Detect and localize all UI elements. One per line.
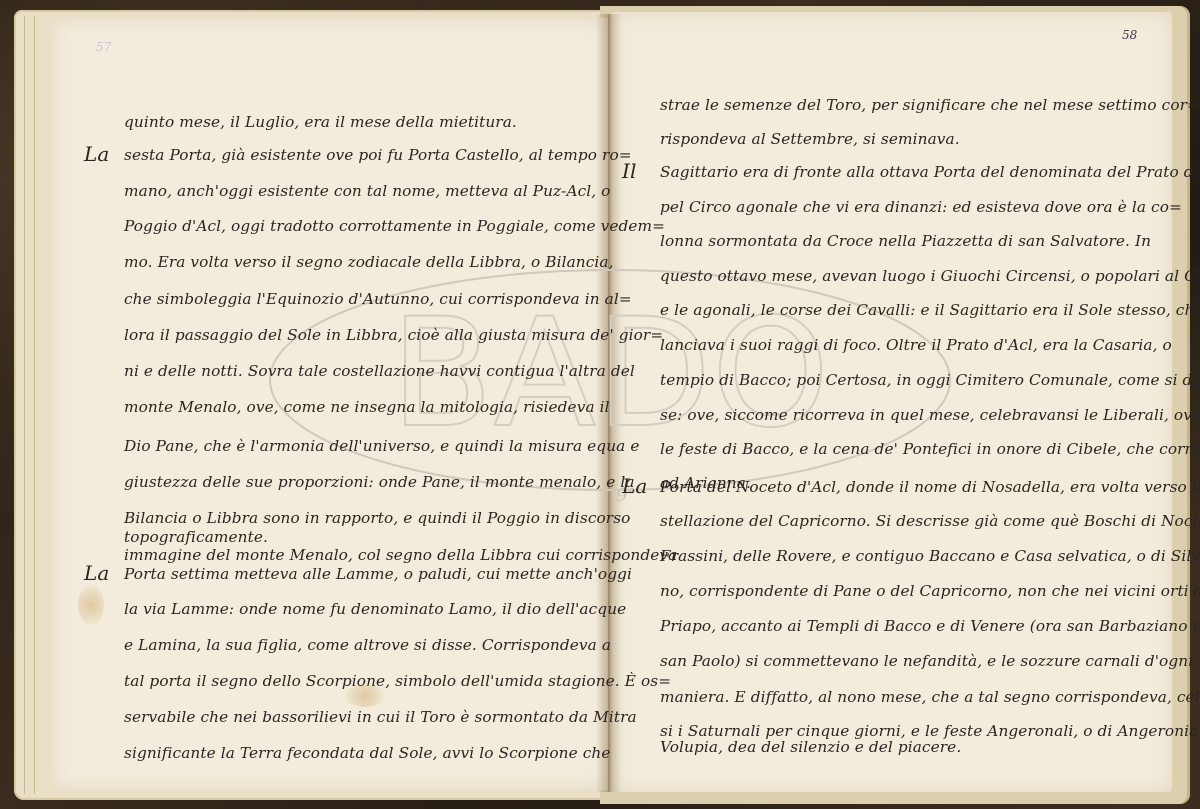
manuscript-line: quinto mese, il Luglio, era il mese dell… — [124, 113, 517, 131]
manuscript-line: che simboleggia l'Equinozio d'Autunno, c… — [124, 290, 632, 308]
manuscript-line: immagine del monte Menalo, col segno del… — [124, 546, 677, 564]
manuscript-line: Poggio d'Acl, oggi tradotto corrottament… — [124, 217, 665, 235]
manuscript-line: servabile che nei bassorilievi in cui il… — [124, 708, 637, 726]
manuscript-line: san Paolo) si commettevano le nefandità,… — [660, 652, 1193, 670]
manuscript-line: Bilancia o Libbra sono in rapporto, e qu… — [124, 509, 630, 527]
manuscript-line: topograficamente. — [124, 528, 268, 546]
paragraph-initial: Il — [622, 159, 637, 183]
manuscript-line: Dio Pane, che è l'armonia dell'universo,… — [124, 437, 639, 455]
manuscript-line: giustezza delle sue proporzioni: onde Pa… — [124, 473, 635, 491]
manuscript-line: e le agonali, le corse dei Cavalli: e il… — [660, 301, 1200, 319]
manuscript-line: questo ottavo mese, avevan luogo i Giuoc… — [660, 267, 1200, 285]
manuscript-line: significante la Terra fecondata dal Sole… — [124, 744, 611, 762]
manuscript-line: no, corrispondente di Pane o del Caprico… — [660, 582, 1200, 600]
manuscript-line: la via Lamme: onde nome fu denominato La… — [124, 600, 626, 618]
manuscript-line: Frassini, delle Rovere, e contiguo Bacca… — [660, 547, 1200, 565]
manuscript-line: pel Circo agonale che vi era dinanzi: ed… — [660, 198, 1182, 216]
paper-stain — [78, 585, 104, 625]
manuscript-line: mano, anch'oggi esistente con tal nome, … — [124, 182, 611, 200]
manuscript-line: Porta settima metteva alle Lamme, o palu… — [124, 565, 632, 583]
manuscript-line: lora il passaggio del Sole in Libbra, ci… — [124, 326, 663, 344]
manuscript-line: Porta del Noceto d'Acl, donde il nome di… — [660, 478, 1200, 496]
manuscript-line: maniera. E diffatto, al nono mese, che a… — [660, 688, 1200, 706]
manuscript-line: mo. Era volta verso il segno zodiacale d… — [124, 253, 614, 271]
manuscript-line: le feste di Bacco, e la cena de' Pontefi… — [660, 440, 1200, 458]
manuscript-line: Sagittario era di fronte alla ottava Por… — [660, 163, 1200, 181]
manuscript-line: rispondeva al Settembre, si seminava. — [660, 130, 960, 148]
manuscript-line: monte Menalo, ove, come ne insegna la mi… — [124, 398, 610, 416]
paragraph-initial: La — [622, 474, 647, 498]
paragraph-initial: La — [84, 142, 109, 166]
paragraph-initial: La — [84, 561, 109, 585]
manuscript-line: Volupia, dea del silenzio e del piacere. — [660, 738, 961, 756]
manuscript-line: ni e delle notti. Sovra tale costellazio… — [124, 362, 635, 380]
page-number-right: 58 — [1122, 28, 1137, 42]
manuscript-line: Priapo, accanto ai Templi di Bacco e di … — [660, 617, 1200, 635]
page-number-left: 57 — [96, 40, 111, 54]
right-page — [612, 12, 1172, 792]
manuscript-line: lonna sormontata da Croce nella Piazzett… — [660, 232, 1151, 250]
manuscript-line: lanciava i suoi raggi di foco. Oltre il … — [660, 336, 1172, 354]
manuscript-line: e Lamina, la sua figlia, come altrove si… — [124, 636, 611, 654]
manuscript-line: strae le semenze del Toro, per significa… — [660, 96, 1200, 114]
manuscript-line: tal porta il segno dello Scorpione, simb… — [124, 672, 671, 690]
manuscript-line: stellazione del Capricorno. Si descrisse… — [660, 512, 1200, 530]
manuscript-line: tempio di Bacco; poi Certosa, in oggi Ci… — [660, 371, 1200, 389]
manuscript-line: se: ove, siccome ricorreva in quel mese,… — [660, 406, 1200, 424]
manuscript-line: sesta Porta, già esistente ove poi fu Po… — [124, 146, 632, 164]
